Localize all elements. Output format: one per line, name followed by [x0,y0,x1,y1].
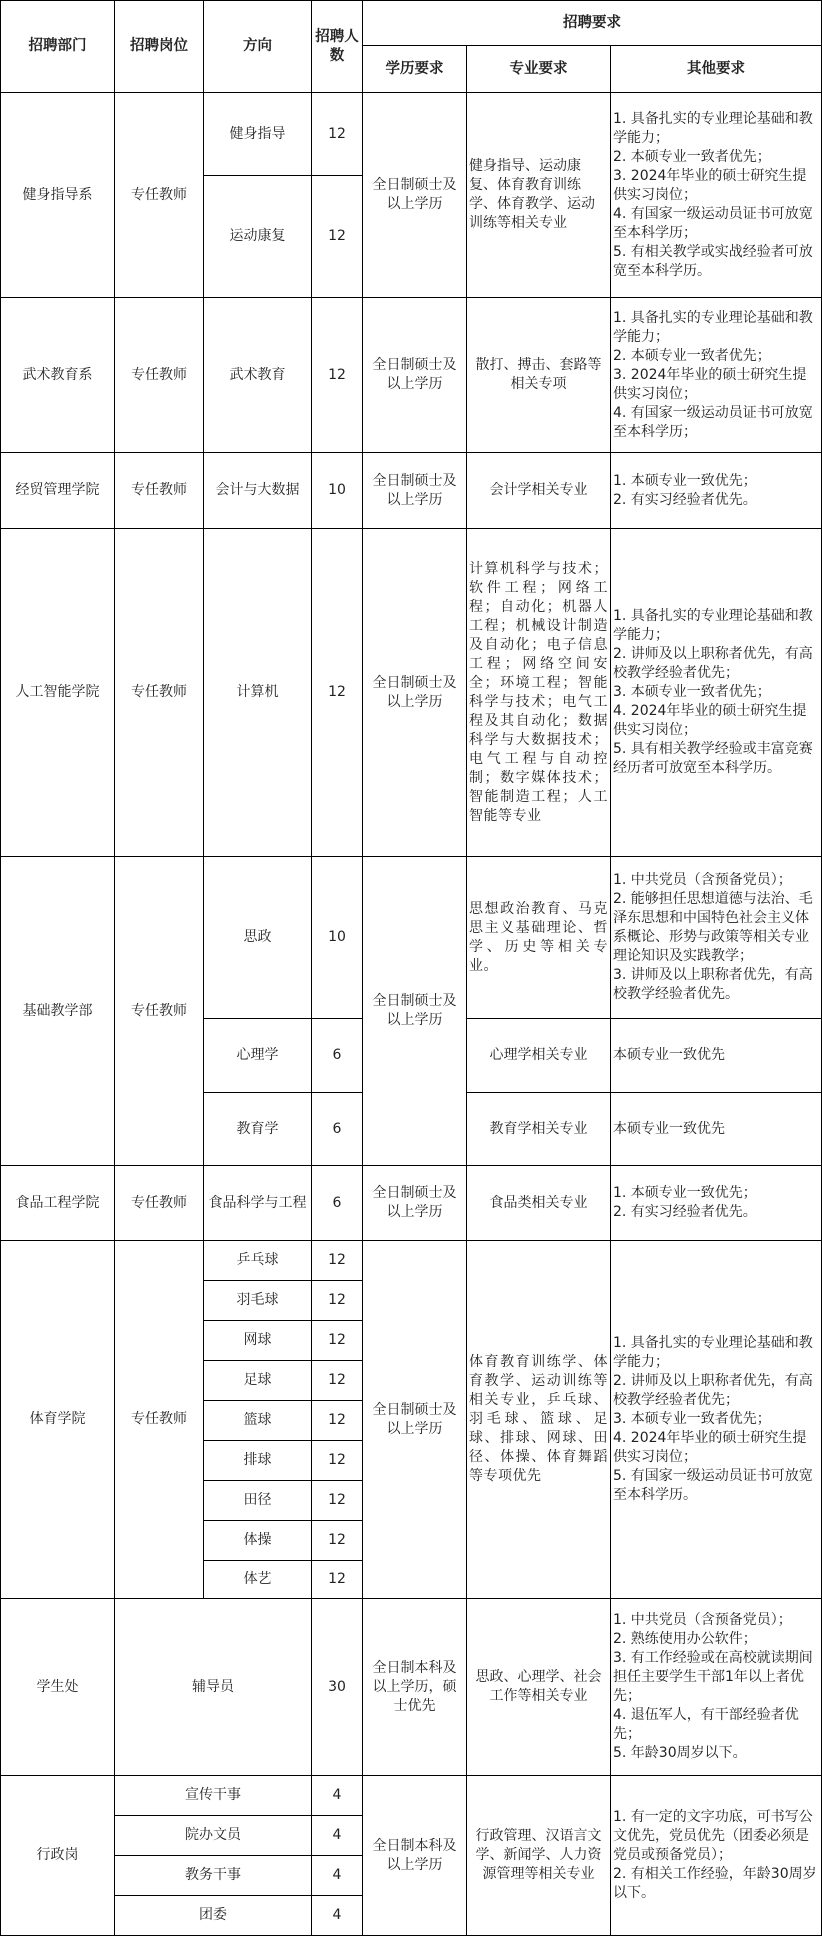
count-cell: 12 [312,298,363,453]
direction-cell: 心理学 [204,1019,312,1093]
count-cell: 4 [312,1856,363,1896]
count-cell: 12 [312,93,363,176]
department-cell: 食品工程学院 [1,1166,115,1241]
department-cell: 行政岗 [1,1776,115,1936]
header-direction: 方向 [204,1,312,93]
major-cell: 食品类相关专业 [467,1166,611,1241]
header-department: 招聘部门 [1,1,115,93]
header-position: 招聘岗位 [115,1,204,93]
major-cell: 体育教育训练学、体育教学、运动训练等相关专业，乒乓球、羽毛球、篮球、足球、排球、… [467,1241,611,1599]
direction-cell: 网球 [204,1321,312,1361]
education-cell: 全日制硕士及以上学历 [363,93,467,298]
department-cell: 健身指导系 [1,93,115,298]
count-cell: 30 [312,1599,363,1776]
other-cell: 1. 具备扎实的专业理论基础和教学能力； 2. 本硕专业一致者优先； 3. 20… [611,298,822,453]
table-row: 健身指导系 专任教师 健身指导 12 全日制硕士及以上学历 健身指导、运动康复、… [1,93,822,176]
direction-cell: 运动康复 [204,176,312,298]
other-cell: 1. 本硕专业一致优先； 2. 有实习经验者优先。 [611,453,822,529]
header-other: 其他要求 [611,46,822,93]
count-cell: 12 [312,1361,363,1401]
position-cell: 教务干事 [115,1856,312,1896]
other-cell: 1. 具备扎实的专业理论基础和教学能力； 2. 讲师及以上职称者优先，有高校教学… [611,1241,822,1599]
count-cell: 10 [312,857,363,1019]
direction-cell: 羽毛球 [204,1281,312,1321]
major-cell: 心理学相关专业 [467,1019,611,1093]
direction-cell: 乒乓球 [204,1241,312,1281]
header-count: 招聘人数 [312,1,363,93]
department-cell: 体育学院 [1,1241,115,1599]
position-cell: 团委 [115,1896,312,1936]
other-cell: 本硕专业一致优先 [611,1019,822,1093]
table-row: 经贸管理学院 专任教师 会计与大数据 10 全日制硕士及以上学历 会计学相关专业… [1,453,822,529]
major-cell: 计算机科学与技术；软件工程；网络工程；自动化；机器人工程；机械设计制造及自动化；… [467,529,611,857]
position-cell: 专任教师 [115,453,204,529]
major-cell: 会计学相关专业 [467,453,611,529]
other-cell: 本硕专业一致优先 [611,1093,822,1166]
other-cell: 1. 具备扎实的专业理论基础和教学能力； 2. 本硕专业一致者优先； 3. 20… [611,93,822,298]
education-cell: 全日制硕士及以上学历 [363,453,467,529]
table-row: 学生处 辅导员 30 全日制本科及以上学历，硕士优先 思政、心理学、社会工作等相… [1,1599,822,1776]
position-cell: 专任教师 [115,529,204,857]
direction-cell: 健身指导 [204,93,312,176]
position-cell: 专任教师 [115,93,204,298]
major-cell: 思想政治教育、马克思主义基础理论、哲学、历史等相关专业。 [467,857,611,1019]
direction-cell: 排球 [204,1441,312,1481]
direction-cell: 食品科学与工程 [204,1166,312,1241]
count-cell: 4 [312,1896,363,1936]
education-cell: 全日制硕士及以上学历 [363,1241,467,1599]
position-cell: 宣传干事 [115,1776,312,1816]
count-cell: 4 [312,1816,363,1856]
count-cell: 4 [312,1776,363,1816]
other-cell: 1. 具备扎实的专业理论基础和教学能力； 2. 讲师及以上职称者优先，有高校教学… [611,529,822,857]
education-cell: 全日制硕士及以上学历 [363,1166,467,1241]
count-cell: 12 [312,1561,363,1599]
department-cell: 学生处 [1,1599,115,1776]
other-cell: 1. 有一定的文字功底，可书写公文优先，党员优先（团委必须是党员或预备党员）； … [611,1776,822,1936]
department-cell: 人工智能学院 [1,529,115,857]
position-cell: 院办文员 [115,1816,312,1856]
department-cell: 基础教学部 [1,857,115,1166]
department-cell: 经贸管理学院 [1,453,115,529]
direction-cell: 武术教育 [204,298,312,453]
education-cell: 全日制硕士及以上学历 [363,529,467,857]
count-cell: 6 [312,1019,363,1093]
recruitment-table: 招聘部门 招聘岗位 方向 招聘人数 招聘要求 学历要求 专业要求 其他要求 健身… [0,0,822,1936]
count-cell: 12 [312,1521,363,1561]
other-cell: 1. 中共党员（含预备党员）； 2. 能够担任思想道德与法治、毛泽东思想和中国特… [611,857,822,1019]
education-cell: 全日制硕士及以上学历 [363,857,467,1166]
count-cell: 6 [312,1093,363,1166]
table-row: 人工智能学院 专任教师 计算机 12 全日制硕士及以上学历 计算机科学与技术；软… [1,529,822,857]
education-cell: 全日制本科及以上学历，硕士优先 [363,1599,467,1776]
count-cell: 6 [312,1166,363,1241]
education-cell: 全日制本科及以上学历 [363,1776,467,1936]
position-cell: 专任教师 [115,1241,204,1599]
direction-cell: 田径 [204,1481,312,1521]
position-cell: 辅导员 [115,1599,312,1776]
count-cell: 12 [312,1321,363,1361]
major-cell: 散打、搏击、套路等相关专项 [467,298,611,453]
education-cell: 全日制硕士及以上学历 [363,298,467,453]
count-cell: 12 [312,1241,363,1281]
count-cell: 12 [312,1441,363,1481]
department-cell: 武术教育系 [1,298,115,453]
direction-cell: 篮球 [204,1401,312,1441]
major-cell: 健身指导、运动康复、体育教育训练学、体育教学、运动训练等相关专业 [467,93,611,298]
count-cell: 12 [312,529,363,857]
direction-cell: 教育学 [204,1093,312,1166]
table-row: 行政岗 宣传干事 4 全日制本科及以上学历 行政管理、汉语言文学、新闻学、人力资… [1,1776,822,1816]
count-cell: 12 [312,176,363,298]
position-cell: 专任教师 [115,298,204,453]
direction-cell: 计算机 [204,529,312,857]
direction-cell: 体操 [204,1521,312,1561]
direction-cell: 足球 [204,1361,312,1401]
count-cell: 10 [312,453,363,529]
table-row: 基础教学部 专任教师 思政 10 全日制硕士及以上学历 思想政治教育、马克思主义… [1,857,822,1019]
major-cell: 教育学相关专业 [467,1093,611,1166]
header-requirements: 招聘要求 [363,1,822,46]
major-cell: 行政管理、汉语言文学、新闻学、人力资源管理等相关专业 [467,1776,611,1936]
count-cell: 12 [312,1401,363,1441]
position-cell: 专任教师 [115,1166,204,1241]
table-row: 食品工程学院 专任教师 食品科学与工程 6 全日制硕士及以上学历 食品类相关专业… [1,1166,822,1241]
other-cell: 1. 中共党员（含预备党员）； 2. 熟练使用办公软件； 3. 有工作经验或在高… [611,1599,822,1776]
header-education: 学历要求 [363,46,467,93]
count-cell: 12 [312,1281,363,1321]
other-cell: 1. 本硕专业一致优先； 2. 有实习经验者优先。 [611,1166,822,1241]
direction-cell: 体艺 [204,1561,312,1599]
direction-cell: 思政 [204,857,312,1019]
count-cell: 12 [312,1481,363,1521]
major-cell: 思政、心理学、社会工作等相关专业 [467,1599,611,1776]
header-major: 专业要求 [467,46,611,93]
table-row: 体育学院 专任教师 乒乓球 12 全日制硕士及以上学历 体育教育训练学、体育教学… [1,1241,822,1281]
position-cell: 专任教师 [115,857,204,1166]
direction-cell: 会计与大数据 [204,453,312,529]
table-row: 武术教育系 专任教师 武术教育 12 全日制硕士及以上学历 散打、搏击、套路等相… [1,298,822,453]
